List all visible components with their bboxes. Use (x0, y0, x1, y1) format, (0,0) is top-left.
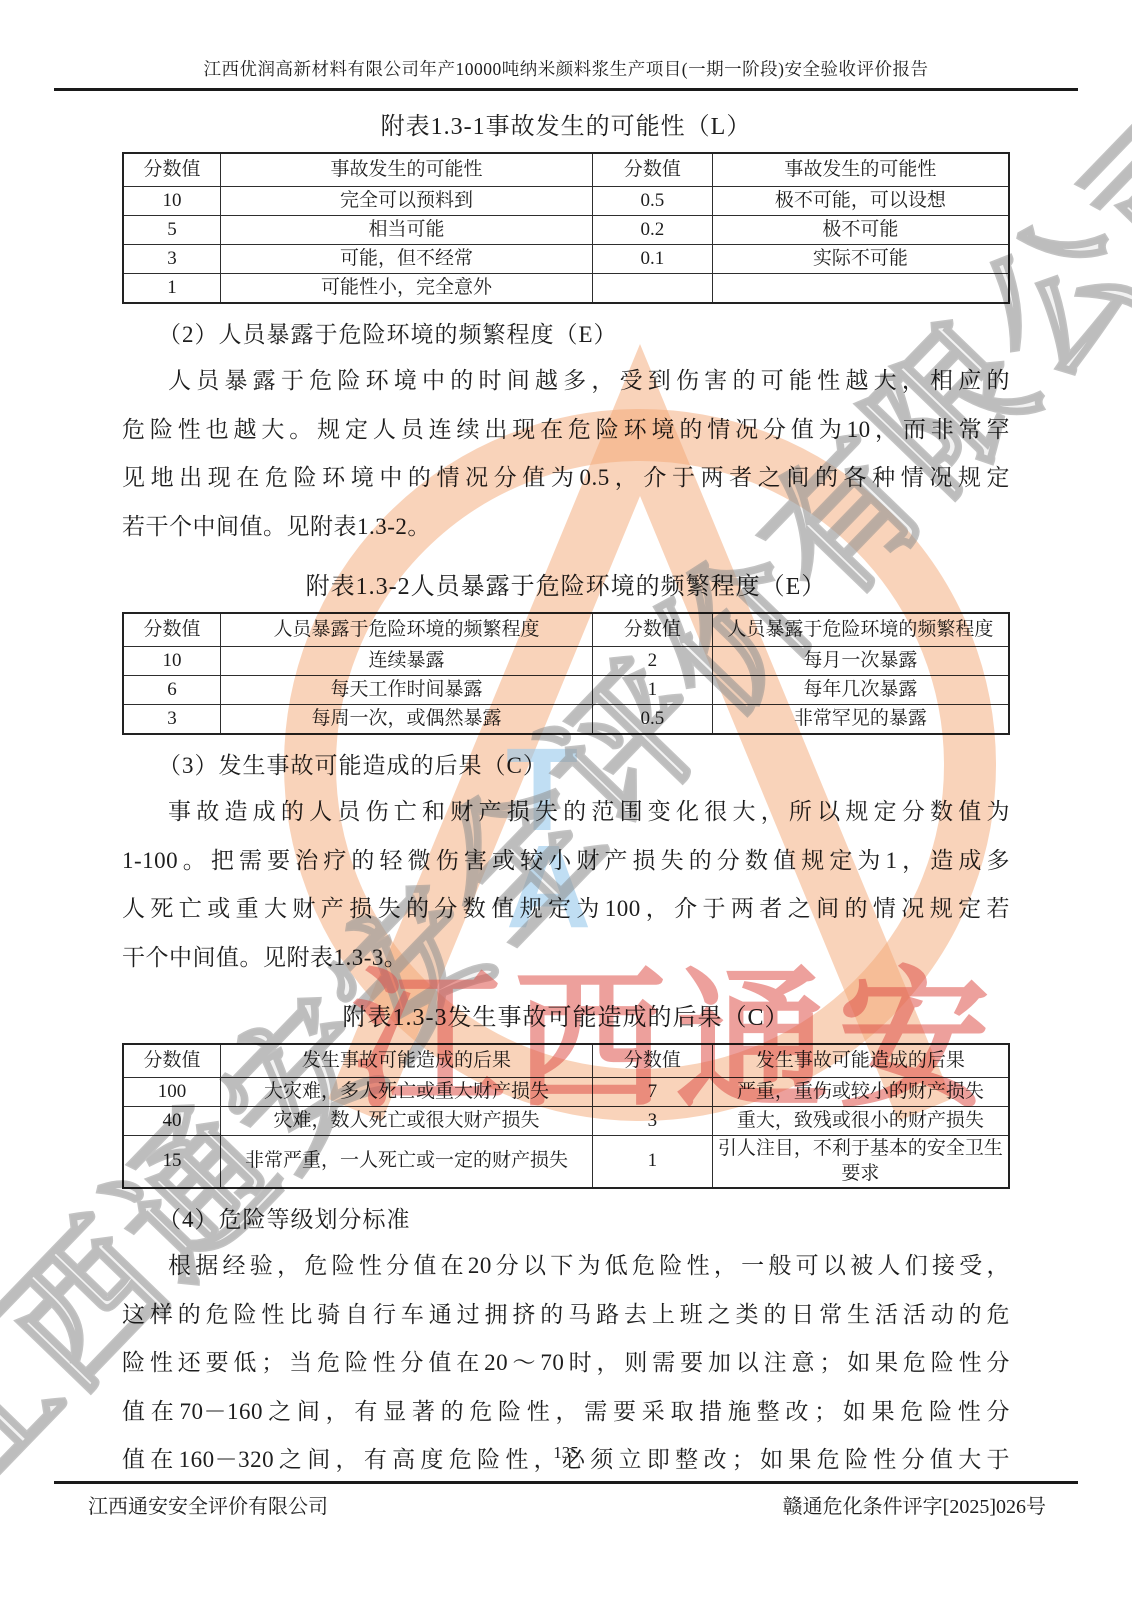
paragraph-line: 值在70－160之间，有显著的危险性，需要采取措施整改；如果危险性分 (122, 1388, 1010, 1437)
column-header: 事故发生的可能性 (220, 153, 592, 187)
table-cell: 7 (593, 1078, 713, 1107)
table-cell: 每年几次暴露 (712, 676, 1009, 705)
column-header: 事故发生的可能性 (712, 153, 1009, 187)
section-heading-2: （2）人员暴露于危险环境的频繁程度（E） (158, 316, 1010, 349)
table-row: 1可能性小，完全意外 (123, 274, 1009, 304)
paragraph-line: 这样的危险性比骑自行车通过拥挤的马路去上班之类的日常生活活动的危 (122, 1291, 1010, 1340)
table-cell: 10 (123, 647, 220, 676)
column-header: 分数值 (123, 613, 220, 647)
table-cell: 极不可能 (712, 216, 1009, 245)
column-header: 发生事故可能造成的后果 (712, 1044, 1009, 1078)
table-cell: 可能，但不经常 (220, 245, 592, 274)
table-cell: 100 (123, 1078, 220, 1107)
table-cell: 非常罕见的暴露 (712, 705, 1009, 735)
table-row: 10连续暴露2每月一次暴露 (123, 647, 1009, 676)
table-cell: 15 (123, 1136, 220, 1189)
table-cell: 3 (593, 1107, 713, 1136)
paragraph-line: 危险性也越大。规定人员连续出现在危险环境的情况分值为10，而非常罕 (122, 406, 1010, 455)
table-cell (712, 274, 1009, 304)
table-cell (593, 274, 713, 304)
footer-doc-number: 赣通危化条件评字[2025]026号 (783, 1490, 1046, 1519)
column-header: 分数值 (123, 153, 220, 187)
table-cell: 0.2 (593, 216, 713, 245)
table-cell: 完全可以预料到 (220, 187, 592, 216)
table-cell: 0.5 (593, 705, 713, 735)
page-number: 135 (0, 1443, 1132, 1463)
table-cell: 每月一次暴露 (712, 647, 1009, 676)
table-2-title: 附表1.3-2人员暴露于危险环境的频繁程度（E） (122, 566, 1010, 601)
table-row: 40灾难，数人死亡或很大财产损失3重大，致残或很小的财产损失 (123, 1107, 1009, 1136)
table-row: 3每周一次，或偶然暴露0.5非常罕见的暴露 (123, 705, 1009, 735)
table-cell: 极不可能，可以设想 (712, 187, 1009, 216)
paragraph-line: 见地出现在危险环境中的情况分值为0.5，介于两者之间的各种情况规定 (122, 454, 1010, 503)
table-cell: 连续暴露 (220, 647, 592, 676)
table-cell: 1 (593, 1136, 713, 1189)
table-accident-consequence: 分数值发生事故可能造成的后果分数值发生事故可能造成的后果 100大灾难，多人死亡… (122, 1043, 1010, 1189)
table-header: 分数值发生事故可能造成的后果分数值发生事故可能造成的后果 (123, 1044, 1009, 1078)
table-header: 分数值人员暴露于危险环境的频繁程度分数值人员暴露于危险环境的频繁程度 (123, 613, 1009, 647)
table-row: 5相当可能0.2极不可能 (123, 216, 1009, 245)
table-header: 分数值事故发生的可能性分数值事故发生的可能性 (123, 153, 1009, 187)
table-cell: 6 (123, 676, 220, 705)
table-cell: 1 (123, 274, 220, 304)
column-header: 分数值 (593, 1044, 713, 1078)
header-rule (54, 88, 1078, 91)
page-content: 附表1.3-1事故发生的可能性（L） 分数值事故发生的可能性分数值事故发生的可能… (122, 106, 1010, 1485)
table-cell: 10 (123, 187, 220, 216)
footer-company: 江西通安安全评价有限公司 (88, 1490, 328, 1519)
paragraph-line: 若干个中间值。见附表1.3-2。 (122, 503, 1010, 552)
table-cell: 引人注目，不利于基本的安全卫生要求 (712, 1136, 1009, 1189)
table-cell: 可能性小，完全意外 (220, 274, 592, 304)
table-row: 15非常严重，一人死亡或一定的财产损失1引人注目，不利于基本的安全卫生要求 (123, 1136, 1009, 1189)
table-cell: 重大，致残或很小的财产损失 (712, 1107, 1009, 1136)
table-cell: 0.5 (593, 187, 713, 216)
table-row: 3可能，但不经常0.1实际不可能 (123, 245, 1009, 274)
column-header: 人员暴露于危险环境的频繁程度 (220, 613, 592, 647)
table-cell: 0.1 (593, 245, 713, 274)
document-page: 江西优润高新材料有限公司年产10000吨纳米颜料浆生产项目(一期一阶段)安全验收… (0, 0, 1132, 1600)
column-header: 分数值 (123, 1044, 220, 1078)
paragraph-line: 事故造成的人员伤亡和财产损失的范围变化很大，所以规定分数值为 (122, 788, 1010, 837)
column-header: 发生事故可能造成的后果 (220, 1044, 592, 1078)
table-cell: 3 (123, 705, 220, 735)
table-row: 10完全可以预料到0.5极不可能，可以设想 (123, 187, 1009, 216)
table-1-title: 附表1.3-1事故发生的可能性（L） (122, 106, 1010, 141)
paragraph-line: 根据经验，危险性分值在20分以下为低危险性，一般可以被人们接受， (122, 1242, 1010, 1291)
page-footer: 江西通安安全评价有限公司 赣通危化条件评字[2025]026号 (88, 1490, 1046, 1519)
section-heading-3: （3）发生事故可能造成的后果（C） (158, 747, 1010, 780)
paragraph-line: 人死亡或重大财产损失的分数值规定为100，介于两者之间的情况规定若 (122, 885, 1010, 934)
section-heading-4: （4）危险等级划分标准 (158, 1201, 1010, 1234)
table-cell: 5 (123, 216, 220, 245)
table-cell: 灾难，数人死亡或很大财产损失 (220, 1107, 592, 1136)
table-cell: 1 (593, 676, 713, 705)
table-cell: 2 (593, 647, 713, 676)
table-cell: 严重，重伤或较小的财产损失 (712, 1078, 1009, 1107)
table-row: 100大灾难，多人死亡或重大财产损失7严重，重伤或较小的财产损失 (123, 1078, 1009, 1107)
table-cell: 每天工作时间暴露 (220, 676, 592, 705)
column-header: 人员暴露于危险环境的频繁程度 (712, 613, 1009, 647)
table-cell: 3 (123, 245, 220, 274)
footer-rule (54, 1481, 1078, 1484)
column-header: 分数值 (593, 153, 713, 187)
paragraph-consequence: 事故造成的人员伤亡和财产损失的范围变化很大，所以规定分数值为1-100。把需要治… (122, 788, 1010, 982)
table-row: 6每天工作时间暴露1每年几次暴露 (123, 676, 1009, 705)
table-cell: 实际不可能 (712, 245, 1009, 274)
paragraph-exposure: 人员暴露于危险环境中的时间越多，受到伤害的可能性越大，相应的危险性也越大。规定人… (122, 357, 1010, 551)
table-cell: 每周一次，或偶然暴露 (220, 705, 592, 735)
table-cell: 非常严重，一人死亡或一定的财产损失 (220, 1136, 592, 1189)
table-cell: 40 (123, 1107, 220, 1136)
table-3-title: 附表1.3-3发生事故可能造成的后果（C） (122, 997, 1010, 1032)
paragraph-line: 险性还要低；当危险性分值在20～70时，则需要加以注意；如果危险性分 (122, 1339, 1010, 1388)
table-accident-likelihood: 分数值事故发生的可能性分数值事故发生的可能性 10完全可以预料到0.5极不可能，… (122, 152, 1010, 304)
paragraph-line: 干个中间值。见附表1.3-3。 (122, 934, 1010, 983)
table-exposure-frequency: 分数值人员暴露于危险环境的频繁程度分数值人员暴露于危险环境的频繁程度 10连续暴… (122, 612, 1010, 735)
page-header: 江西优润高新材料有限公司年产10000吨纳米颜料浆生产项目(一期一阶段)安全验收… (0, 0, 1132, 81)
table-cell: 相当可能 (220, 216, 592, 245)
table-cell: 大灾难，多人死亡或重大财产损失 (220, 1078, 592, 1107)
paragraph-line: 1-100。把需要治疗的轻微伤害或较小财产损失的分数值规定为1，造成多 (122, 837, 1010, 886)
paragraph-line: 人员暴露于危险环境中的时间越多，受到伤害的可能性越大，相应的 (122, 357, 1010, 406)
column-header: 分数值 (593, 613, 713, 647)
